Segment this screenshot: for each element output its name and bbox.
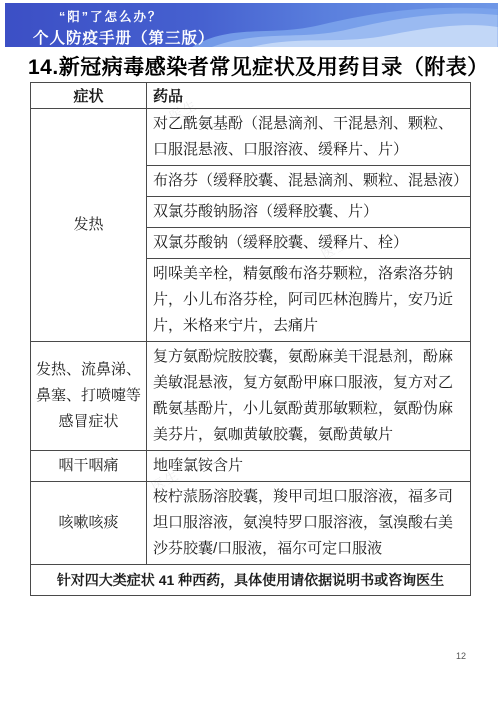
table-header-row: 症状 药品 bbox=[31, 83, 471, 109]
column-header-drug: 药品 bbox=[147, 83, 471, 109]
table-row: 咽干咽痛地喹氯铵含片 bbox=[31, 451, 471, 482]
page-number: 12 bbox=[456, 651, 466, 661]
medication-cell: 吲哚美辛栓，精氨酸布洛芬颗粒，洛索洛芬钠片，小儿布洛芬栓，阿司匹林泡腾片，安乃近… bbox=[147, 259, 471, 342]
medication-cell: 双氯芬酸钠肠溶（缓释胶囊、片） bbox=[147, 197, 471, 228]
symptom-cell: 咽干咽痛 bbox=[31, 451, 147, 482]
medication-cell: 双氯芬酸钠（缓释胶囊、缓释片、栓） bbox=[147, 228, 471, 259]
banner-text-block: “阳”了怎么办？ 个人防疫手册（第三版） 做自己健康的第一责任人 bbox=[5, 3, 498, 47]
banner-handbook-title: 个人防疫手册（第三版） bbox=[33, 26, 498, 47]
page-title: 14.新冠病毒感染者常见症状及用药目录（附表） bbox=[28, 51, 488, 81]
symptom-cell: 发热 bbox=[31, 109, 147, 342]
medication-table: 症状 药品 发热对乙酰氨基酚（混悬滴剂、干混悬剂、颗粒、口服混悬液、口服溶液、缓… bbox=[30, 82, 471, 596]
header-banner: “阳”了怎么办？ 个人防疫手册（第三版） 做自己健康的第一责任人 bbox=[5, 3, 498, 47]
column-header-symptom: 症状 bbox=[31, 83, 147, 109]
footer-note-row: 针对四大类症状 41 种西药，具体使用请依据说明书或咨询医生 bbox=[31, 565, 471, 596]
symptom-cell: 咳嗽咳痰 bbox=[31, 482, 147, 565]
medication-cell: 桉柠蒎肠溶胶囊，羧甲司坦口服溶液，福多司坦口服溶液，氨溴特罗口服溶液，氢溴酸右美… bbox=[147, 482, 471, 565]
medication-cell: 对乙酰氨基酚（混悬滴剂、干混悬剂、颗粒、口服混悬液、口服溶液、缓释片、片） bbox=[147, 109, 471, 166]
footer-note: 针对四大类症状 41 种西药，具体使用请依据说明书或咨询医生 bbox=[31, 565, 471, 596]
banner-slogan: “阳”了怎么办？ bbox=[59, 7, 498, 25]
table-row: 发热对乙酰氨基酚（混悬滴剂、干混悬剂、颗粒、口服混悬液、口服溶液、缓释片、片） bbox=[31, 109, 471, 166]
symptom-cell: 发热、流鼻涕、鼻塞、打喷嚏等感冒症状 bbox=[31, 342, 147, 451]
table-row: 发热、流鼻涕、鼻塞、打喷嚏等感冒症状复方氨酚烷胺胶囊，氨酚麻美干混悬剂，酚麻美敏… bbox=[31, 342, 471, 451]
medication-table-body: 发热对乙酰氨基酚（混悬滴剂、干混悬剂、颗粒、口服混悬液、口服溶液、缓释片、片）布… bbox=[31, 109, 471, 565]
medication-cell: 布洛芬（缓释胶囊、混悬滴剂、颗粒、混悬液） bbox=[147, 166, 471, 197]
medication-cell: 复方氨酚烷胺胶囊，氨酚麻美干混悬剂，酚麻美敏混悬液，复方氨酚甲麻口服液，复方对乙… bbox=[147, 342, 471, 451]
table-row: 咳嗽咳痰桉柠蒎肠溶胶囊，羧甲司坦口服溶液，福多司坦口服溶液，氨溴特罗口服溶液，氢… bbox=[31, 482, 471, 565]
medication-cell: 地喹氯铵含片 bbox=[147, 451, 471, 482]
